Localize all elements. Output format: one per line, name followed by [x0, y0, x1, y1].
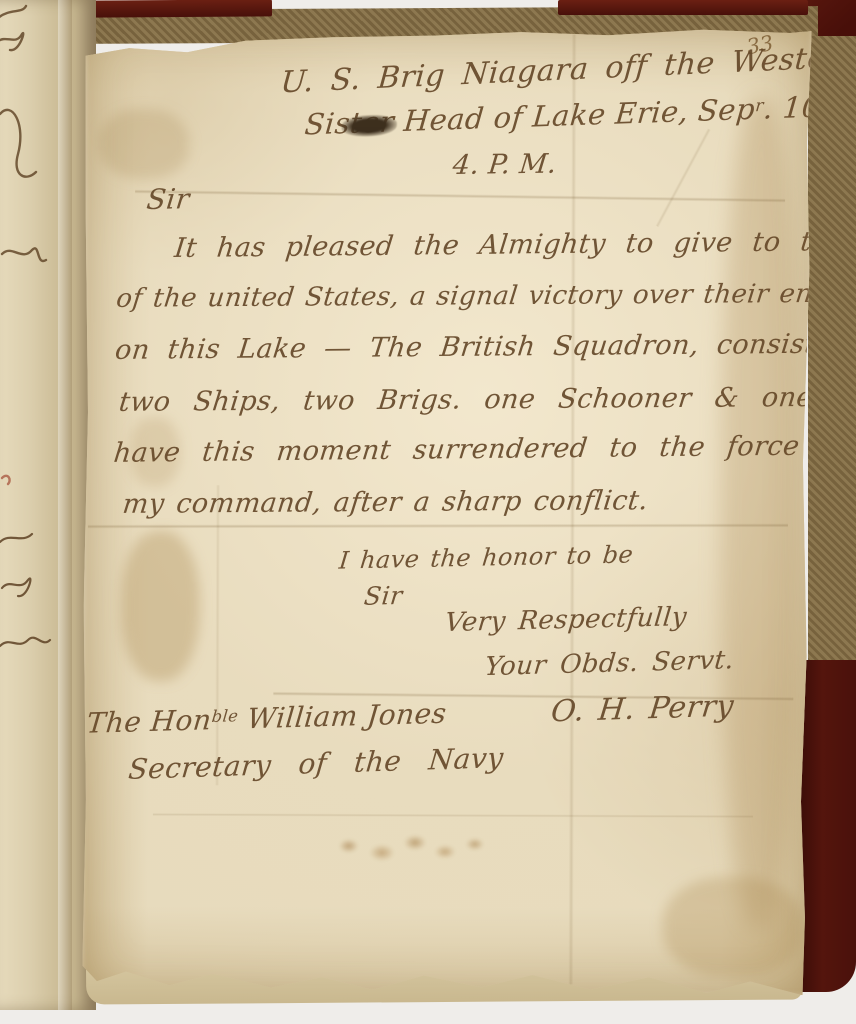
book-cover-leather-top — [86, 0, 272, 18]
closing-line: Very Respectfully — [444, 602, 689, 638]
page-number: 33 — [745, 31, 775, 59]
letter-line: It has pleased the Almighty to give to t… — [173, 225, 856, 264]
addressee-line-1: The Honble William Jones — [85, 697, 448, 740]
fold-crease — [153, 813, 753, 818]
paper-stain — [130, 417, 180, 487]
previous-page-edge — [0, 0, 96, 1010]
letter-line: two Ships, two Brigs. one Schooner & one… — [117, 381, 856, 418]
closing-line: I have the honor to be — [338, 540, 635, 574]
fold-crease — [655, 128, 711, 227]
closing-line: Your Obds. Servt. — [483, 645, 735, 682]
paper-stain — [121, 531, 200, 681]
fold-crease — [568, 34, 576, 984]
paper-stain — [662, 877, 802, 977]
closing-line: Sir — [363, 581, 404, 611]
fold-crease — [88, 523, 788, 528]
letter-line: my command, after a sharp conflict. — [121, 485, 650, 520]
salutation: Sir — [145, 182, 191, 216]
heading-line-2: Sister Head of Lake Erie, Sepr. 10th. 18… — [303, 85, 856, 141]
fold-crease — [135, 190, 785, 203]
letter-page: 33 U. S. Brig Niagara off the Western Si… — [82, 25, 811, 996]
ink-smudge — [328, 825, 495, 875]
paper-stain — [719, 97, 802, 927]
signature: O. H. Perry — [549, 689, 735, 730]
fold-crease — [273, 692, 793, 701]
book-cover-leather-right — [800, 660, 856, 992]
edge-writing-fragment — [0, 468, 58, 668]
paper-stain — [99, 109, 189, 179]
addressee-line-2: Secretary of the Navy — [127, 741, 505, 786]
edge-writing-fragment — [0, 4, 70, 304]
book-cover-cloth-right — [808, 36, 856, 700]
letter-line: on this Lake — The British Squadron, con… — [114, 328, 856, 366]
struck-word: Sister — [303, 104, 395, 141]
heading-line-1: U. S. Brig Niagara off the Western — [279, 39, 856, 100]
fold-crease — [215, 485, 220, 785]
book-cover-leather-top — [558, 0, 808, 15]
heading-line-3: 4. P. M. — [451, 149, 558, 181]
letter-line: of the united States, a signal victory o… — [115, 278, 856, 313]
letter-line: have this moment surrendered to the forc… — [112, 430, 856, 469]
manuscript-scan: 33 U. S. Brig Niagara off the Western Si… — [0, 0, 856, 1024]
